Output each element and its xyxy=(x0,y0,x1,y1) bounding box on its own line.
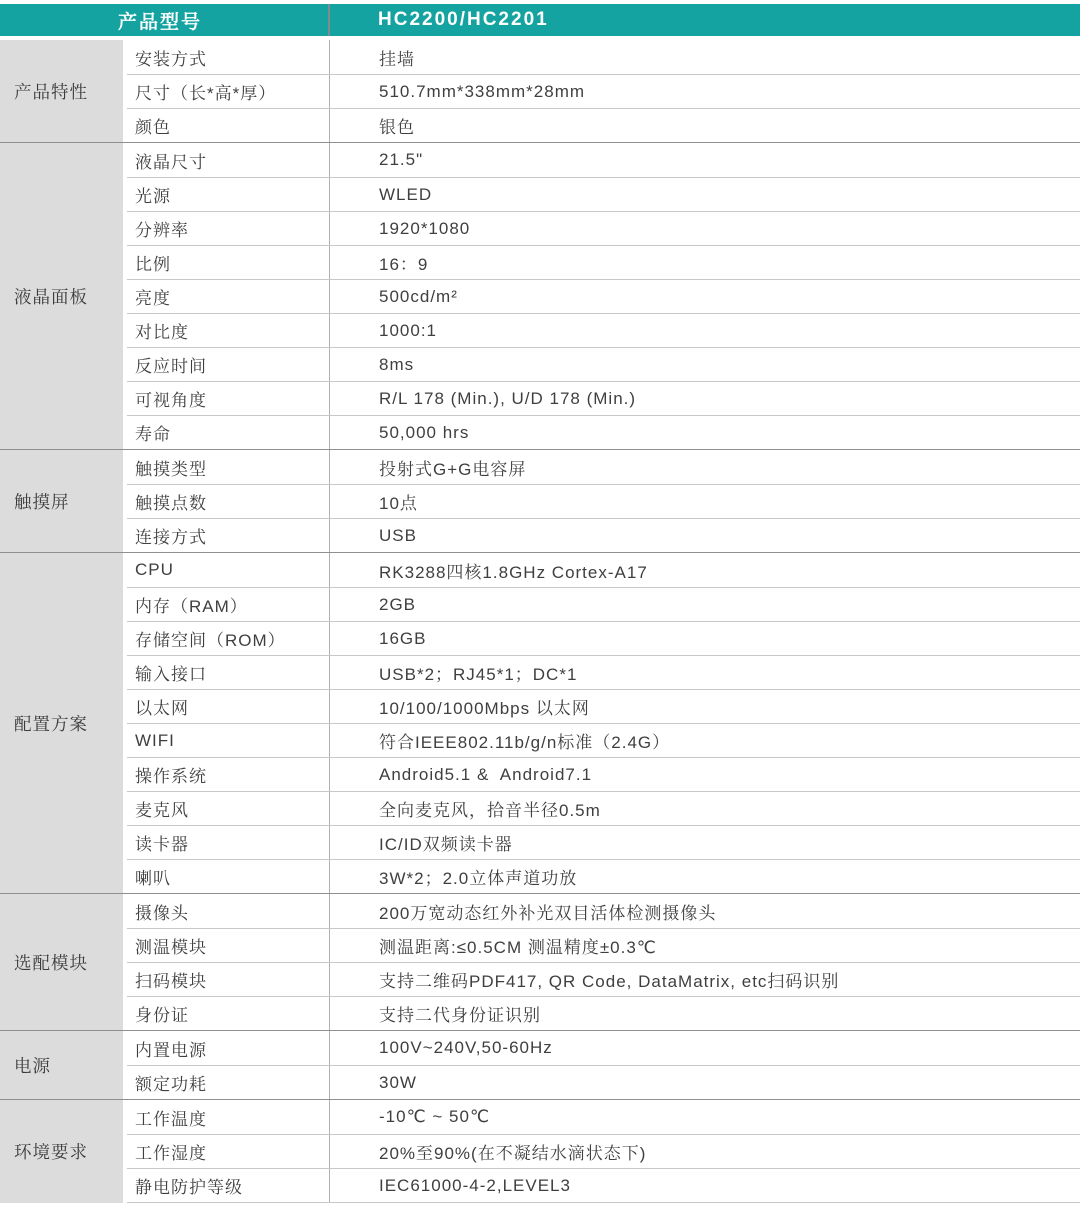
spec-name-cell: 操作系统 xyxy=(127,758,330,791)
spec-name-cell: 工作温度 xyxy=(127,1100,330,1134)
spec-value-cell: 银色 xyxy=(330,109,1080,142)
spec-name-cell: WIFI xyxy=(127,724,330,757)
table-row: 内存（RAM）2GB xyxy=(127,587,1080,621)
group-label: 液晶面板 xyxy=(0,143,123,449)
table-row: 工作温度-10℃ ~ 50℃ xyxy=(127,1100,1080,1134)
spec-group: 触摸屏触摸类型投射式G+G电容屏触摸点数10点连接方式USB xyxy=(0,449,1080,552)
spec-value-cell: 16GB xyxy=(330,622,1080,655)
spec-name-cell: 静电防护等级 xyxy=(127,1169,330,1202)
spec-value-cell: 2GB xyxy=(330,588,1080,621)
spec-name-cell: 光源 xyxy=(127,178,330,211)
product-model-header-cell: 产品型号 xyxy=(0,4,330,36)
table-row: 寿命50,000 hrs xyxy=(127,415,1080,449)
table-row: 工作湿度20%至90%(在不凝结水滴状态下) xyxy=(127,1134,1080,1168)
table-row: 测温模块测温距离:≤0.5CM 测温精度±0.3℃ xyxy=(127,928,1080,962)
spec-value-cell: 10点 xyxy=(330,485,1080,518)
spec-value-cell: 全向麦克风，拾音半径0.5m xyxy=(330,792,1080,825)
spec-name-cell: 以太网 xyxy=(127,690,330,723)
model-number-header-cell: HC2200/HC2201 xyxy=(330,4,1080,36)
spec-name-cell: 内存（RAM） xyxy=(127,588,330,621)
spec-name-cell: 喇叭 xyxy=(127,860,330,893)
spec-value-cell: 1920*1080 xyxy=(330,212,1080,245)
table-row: 静电防护等级IEC61000-4-2,LEVEL3 xyxy=(127,1168,1080,1202)
spec-value-cell: 200万宽动态红外补光双目活体检测摄像头 xyxy=(330,894,1080,928)
spec-value-cell: 50,000 hrs xyxy=(330,416,1080,449)
spec-group: 电源内置电源100V~240V,50-60Hz额定功耗30W xyxy=(0,1030,1080,1099)
spec-value-cell: USB xyxy=(330,519,1080,552)
spec-value-cell: USB*2；RJ45*1；DC*1 xyxy=(330,656,1080,689)
spec-value-cell: 支持二维码PDF417, QR Code, DataMatrix, etc扫码识… xyxy=(330,963,1080,996)
spec-value-cell: 1000:1 xyxy=(330,314,1080,347)
table-row: 颜色银色 xyxy=(127,108,1080,142)
spec-name-cell: 摄像头 xyxy=(127,894,330,928)
table-row: 触摸类型投射式G+G电容屏 xyxy=(127,450,1080,484)
spec-value-cell: RK3288四核1.8GHz Cortex-A17 xyxy=(330,553,1080,587)
spec-name-cell: 输入接口 xyxy=(127,656,330,689)
spec-value-cell: 21.5" xyxy=(330,143,1080,177)
spec-name-cell: 液晶尺寸 xyxy=(127,143,330,177)
table-row: 分辨率1920*1080 xyxy=(127,211,1080,245)
spec-name-cell: 反应时间 xyxy=(127,348,330,381)
spec-name-cell: 触摸类型 xyxy=(127,450,330,484)
table-row: 操作系统Android5.1 & Android7.1 xyxy=(127,757,1080,791)
spec-value-cell: 30W xyxy=(330,1066,1080,1099)
spec-group: 选配模块摄像头200万宽动态红外补光双目活体检测摄像头测温模块测温距离:≤0.5… xyxy=(0,893,1080,1030)
table-row: 安装方式挂墙 xyxy=(127,40,1080,74)
spec-value-cell: 测温距离:≤0.5CM 测温精度±0.3℃ xyxy=(330,929,1080,962)
spec-group: 配置方案CPURK3288四核1.8GHz Cortex-A17内存（RAM）2… xyxy=(0,552,1080,893)
table-row: 光源WLED xyxy=(127,177,1080,211)
table-row: 输入接口USB*2；RJ45*1；DC*1 xyxy=(127,655,1080,689)
spec-value-cell: 3W*2；2.0立体声道功放 xyxy=(330,860,1080,893)
table-row: 连接方式USB xyxy=(127,518,1080,552)
group-rows: 摄像头200万宽动态红外补光双目活体检测摄像头测温模块测温距离:≤0.5CM 测… xyxy=(127,894,1080,1030)
spec-name-cell: 可视角度 xyxy=(127,382,330,415)
spec-value-cell: 20%至90%(在不凝结水滴状态下) xyxy=(330,1135,1080,1168)
table-row: 触摸点数10点 xyxy=(127,484,1080,518)
spec-name-cell: 测温模块 xyxy=(127,929,330,962)
spec-value-cell: 16：9 xyxy=(330,246,1080,279)
spec-name-cell: 颜色 xyxy=(127,109,330,142)
spec-value-cell: 投射式G+G电容屏 xyxy=(330,450,1080,484)
spec-value-cell: IEC61000-4-2,LEVEL3 xyxy=(330,1169,1080,1202)
table-row: 喇叭3W*2；2.0立体声道功放 xyxy=(127,859,1080,893)
spec-name-cell: CPU xyxy=(127,553,330,587)
table-row: CPURK3288四核1.8GHz Cortex-A17 xyxy=(127,553,1080,587)
spec-value-cell: 支持二代身份证识别 xyxy=(330,997,1080,1030)
spec-value-cell: IC/ID双频读卡器 xyxy=(330,826,1080,859)
table-row: 液晶尺寸21.5" xyxy=(127,143,1080,177)
spec-table-body: 产品特性安装方式挂墙尺寸（长*高*厚）510.7mm*338mm*28mm颜色银… xyxy=(0,40,1080,1203)
table-row: 麦克风全向麦克风，拾音半径0.5m xyxy=(127,791,1080,825)
table-row: 读卡器IC/ID双频读卡器 xyxy=(127,825,1080,859)
group-label: 配置方案 xyxy=(0,553,123,893)
spec-name-cell: 比例 xyxy=(127,246,330,279)
table-row: 亮度500cd/m² xyxy=(127,279,1080,313)
table-row: 存储空间（ROM）16GB xyxy=(127,621,1080,655)
spec-value-cell: WLED xyxy=(330,178,1080,211)
table-row: 反应时间8ms xyxy=(127,347,1080,381)
table-row: WIFI符合IEEE802.11b/g/n标准（2.4G） xyxy=(127,723,1080,757)
spec-name-cell: 读卡器 xyxy=(127,826,330,859)
group-label: 选配模块 xyxy=(0,894,123,1030)
group-label: 触摸屏 xyxy=(0,450,123,552)
spec-value-cell: 100V~240V,50-60Hz xyxy=(330,1031,1080,1065)
spec-name-cell: 安装方式 xyxy=(127,40,330,74)
group-rows: 触摸类型投射式G+G电容屏触摸点数10点连接方式USB xyxy=(127,450,1080,552)
spec-group: 环境要求工作温度-10℃ ~ 50℃工作湿度20%至90%(在不凝结水滴状态下)… xyxy=(0,1099,1080,1203)
table-header: 产品型号 HC2200/HC2201 xyxy=(0,4,1080,36)
table-row: 身份证支持二代身份证识别 xyxy=(127,996,1080,1030)
table-row: 以太网10/100/1000Mbps 以太网 xyxy=(127,689,1080,723)
table-row: 摄像头200万宽动态红外补光双目活体检测摄像头 xyxy=(127,894,1080,928)
spec-name-cell: 额定功耗 xyxy=(127,1066,330,1099)
spec-group: 液晶面板液晶尺寸21.5"光源WLED分辨率1920*1080比例16：9亮度5… xyxy=(0,142,1080,449)
spec-name-cell: 工作湿度 xyxy=(127,1135,330,1168)
spec-group: 产品特性安装方式挂墙尺寸（长*高*厚）510.7mm*338mm*28mm颜色银… xyxy=(0,40,1080,142)
spec-name-cell: 扫码模块 xyxy=(127,963,330,996)
table-row: 可视角度R/L 178 (Min.), U/D 178 (Min.) xyxy=(127,381,1080,415)
table-row: 额定功耗30W xyxy=(127,1065,1080,1099)
spec-name-cell: 触摸点数 xyxy=(127,485,330,518)
group-label: 环境要求 xyxy=(0,1100,123,1203)
group-rows: 液晶尺寸21.5"光源WLED分辨率1920*1080比例16：9亮度500cd… xyxy=(127,143,1080,449)
group-rows: CPURK3288四核1.8GHz Cortex-A17内存（RAM）2GB存储… xyxy=(127,553,1080,893)
group-rows: 安装方式挂墙尺寸（长*高*厚）510.7mm*338mm*28mm颜色银色 xyxy=(127,40,1080,142)
spec-value-cell: 510.7mm*338mm*28mm xyxy=(330,75,1080,108)
spec-name-cell: 连接方式 xyxy=(127,519,330,552)
group-label: 产品特性 xyxy=(0,40,123,142)
spec-value-cell: 10/100/1000Mbps 以太网 xyxy=(330,690,1080,723)
spec-value-cell: R/L 178 (Min.), U/D 178 (Min.) xyxy=(330,382,1080,415)
table-row: 扫码模块支持二维码PDF417, QR Code, DataMatrix, et… xyxy=(127,962,1080,996)
spec-value-cell: 符合IEEE802.11b/g/n标准（2.4G） xyxy=(330,724,1080,757)
spec-name-cell: 存储空间（ROM） xyxy=(127,622,330,655)
spec-value-cell: Android5.1 & Android7.1 xyxy=(330,758,1080,791)
table-row: 内置电源100V~240V,50-60Hz xyxy=(127,1031,1080,1065)
spec-name-cell: 尺寸（长*高*厚） xyxy=(127,75,330,108)
spec-name-cell: 寿命 xyxy=(127,416,330,449)
spec-name-cell: 对比度 xyxy=(127,314,330,347)
spec-value-cell: 挂墙 xyxy=(330,40,1080,74)
group-rows: 工作温度-10℃ ~ 50℃工作湿度20%至90%(在不凝结水滴状态下)静电防护… xyxy=(127,1100,1080,1203)
spec-sheet-page: 产品型号 HC2200/HC2201 产品特性安装方式挂墙尺寸（长*高*厚）51… xyxy=(0,0,1080,1214)
spec-name-cell: 身份证 xyxy=(127,997,330,1030)
spec-name-cell: 麦克风 xyxy=(127,792,330,825)
table-row: 尺寸（长*高*厚）510.7mm*338mm*28mm xyxy=(127,74,1080,108)
group-rows: 内置电源100V~240V,50-60Hz额定功耗30W xyxy=(127,1031,1080,1099)
table-row: 对比度1000:1 xyxy=(127,313,1080,347)
spec-value-cell: 500cd/m² xyxy=(330,280,1080,313)
spec-value-cell: 8ms xyxy=(330,348,1080,381)
spec-value-cell: -10℃ ~ 50℃ xyxy=(330,1100,1080,1134)
spec-name-cell: 内置电源 xyxy=(127,1031,330,1065)
group-label: 电源 xyxy=(0,1031,123,1099)
spec-name-cell: 分辨率 xyxy=(127,212,330,245)
spec-name-cell: 亮度 xyxy=(127,280,330,313)
table-row: 比例16：9 xyxy=(127,245,1080,279)
